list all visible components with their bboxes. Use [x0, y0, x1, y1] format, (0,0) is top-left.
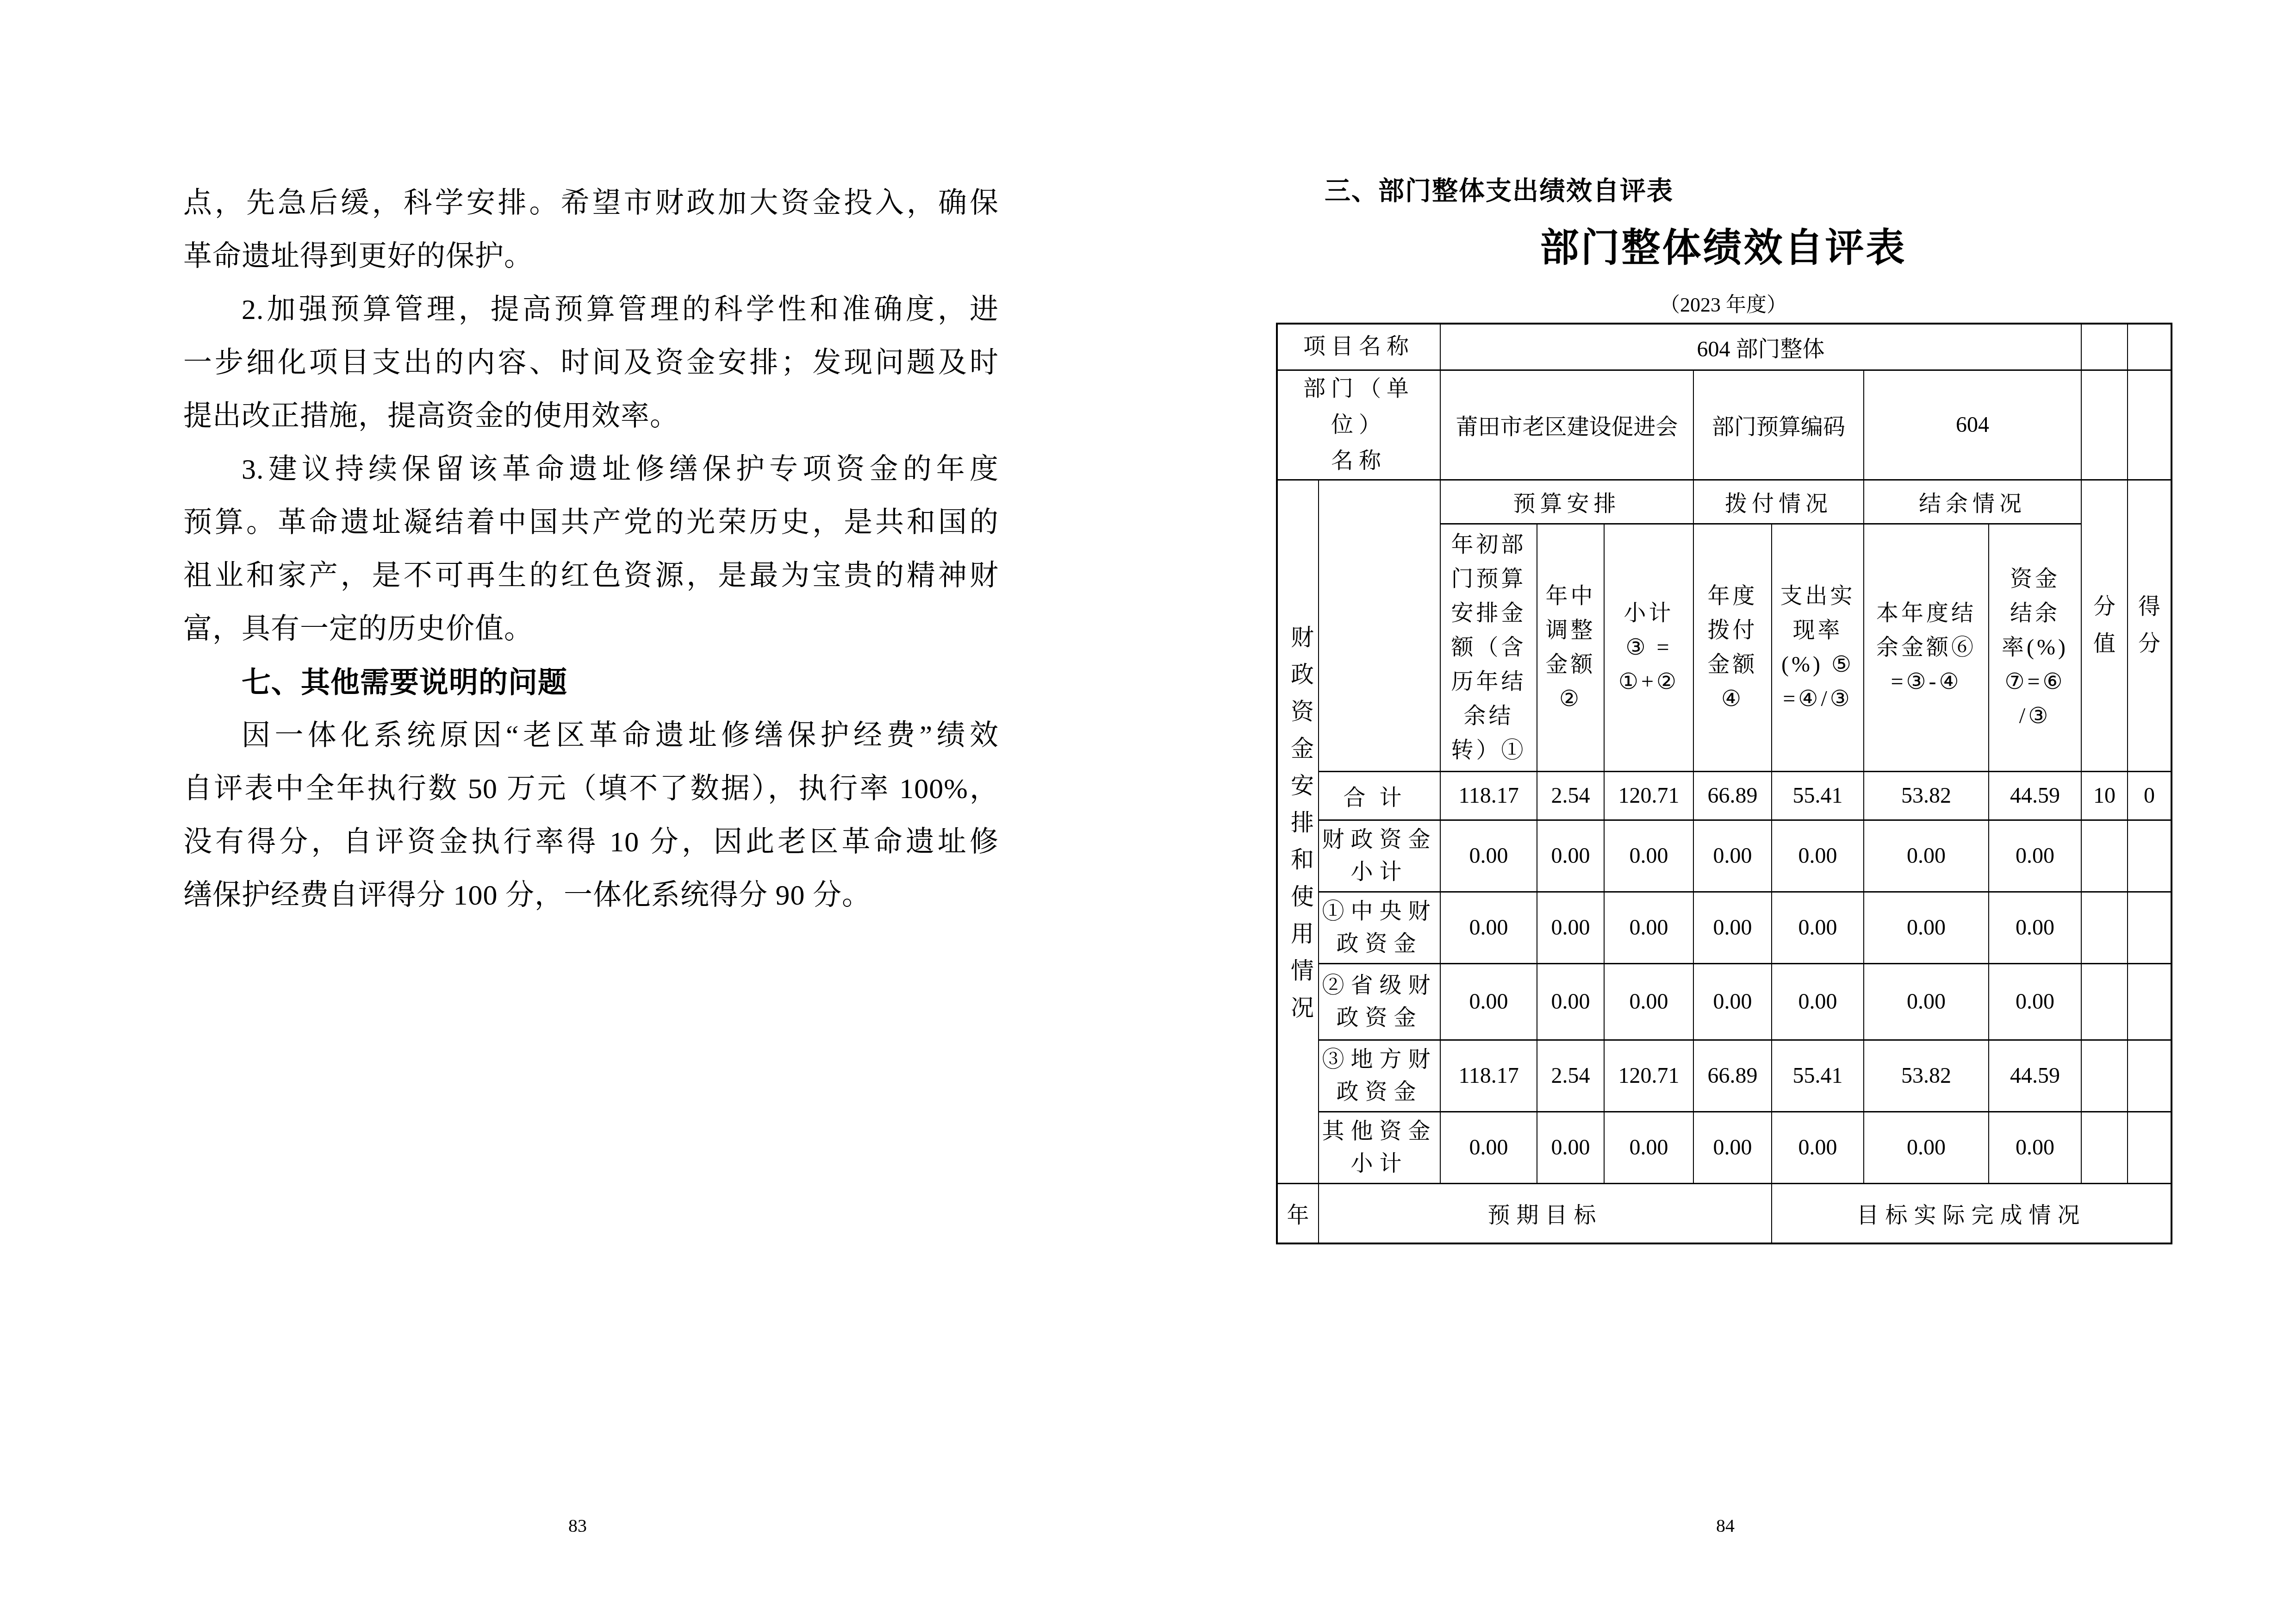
cell-value: 0.00 [1693, 963, 1772, 1040]
column-header-score: 分 值 [2081, 480, 2128, 771]
cell-earned: 0 [2128, 771, 2172, 820]
empty-cell [2081, 324, 2128, 370]
cell-value: 120.71 [1604, 1040, 1693, 1112]
funds-group-label-text: 财政资金安排和使用情况 [1281, 625, 1319, 1032]
text-line: 没有得分，自评资金执行率得 10 分，因此老区革命遗址修 [183, 816, 999, 869]
cell-earned [2128, 1040, 2172, 1112]
cell-value: 0.00 [1537, 963, 1604, 1040]
cell-value: 0.00 [1989, 820, 2081, 892]
cell-score: 10 [2081, 771, 2128, 820]
cell-value: 53.82 [1864, 1040, 1989, 1112]
cell-value: 0.00 [1864, 1112, 1989, 1183]
budget-code-value: 604 [1864, 370, 2081, 480]
column-header-balance-rate: 资金 结余 率(%) ⑦=⑥ /③ [1989, 524, 2081, 771]
column-header-spend-rate: 支出实 现率 (%) ⑤ =④/③ [1772, 524, 1864, 771]
column-header-subtotal: 小计 ③ = ①+② [1604, 524, 1693, 771]
empty-cell [2081, 370, 2128, 480]
text-line: 缮保护经费自评得分 100 分，一体化系统得分 90 分。 [183, 869, 999, 922]
cell-value: 0.00 [1440, 892, 1537, 963]
cell-value: 118.17 [1440, 771, 1537, 820]
cell-value: 0.00 [1537, 892, 1604, 963]
cell-earned [2128, 820, 2172, 892]
footer-actual-completion: 目标实际完成情况 [1772, 1183, 2172, 1243]
page-number-right: 84 [1679, 1515, 1772, 1537]
cell-value: 0.00 [1772, 820, 1864, 892]
subheader-allocation: 拨付情况 [1693, 480, 1864, 524]
text-line: 提出改正措施，提高资金的使用效率。 [183, 390, 999, 443]
document-spread: 点，先急后缓，科学安排。希望市财政加大资金投入，确保 革命遗址得到更好的保护。 … [0, 0, 2296, 1624]
dept-name-label: 部门（单位） 名称 [1277, 370, 1440, 480]
cell-value: 0.00 [1537, 820, 1604, 892]
cell-value: 44.59 [1989, 771, 2081, 820]
table-subtitle: （2023 年度） [1276, 288, 2171, 318]
subheader-balance: 结余情况 [1864, 480, 2081, 524]
cell-value: 66.89 [1693, 1040, 1772, 1112]
cell-value: 0.00 [1440, 820, 1537, 892]
cell-value: 0.00 [1440, 963, 1537, 1040]
cell-value: 0.00 [1864, 820, 1989, 892]
text-line: 革命遗址得到更好的保护。 [183, 230, 999, 283]
budget-code-label: 部门预算编码 [1693, 370, 1864, 480]
cell-value: 0.00 [1772, 892, 1864, 963]
cell-earned [2128, 1112, 2172, 1183]
cell-value: 53.82 [1864, 771, 1989, 820]
empty-cell [1319, 480, 1440, 771]
text-line: 预算。革命遗址凝结着中国共产党的光荣历史，是共和国的 [183, 496, 999, 550]
text-line: 祖业和家产，是不可再生的红色资源，是最为宝贵的精神财 [183, 550, 999, 603]
row-label-other-funds: 其他资金 小计 [1319, 1112, 1440, 1183]
cell-value: 0.00 [1989, 892, 2081, 963]
section-heading-other-issues: 七、其他需要说明的问题 [183, 656, 999, 709]
column-header-year-balance: 本年度结 余金额⑥ =③-④ [1864, 524, 1989, 771]
cell-value: 0.00 [1989, 1112, 2081, 1183]
cell-value: 55.41 [1772, 1040, 1864, 1112]
cell-value: 0.00 [1604, 963, 1693, 1040]
text-line: 因一体化系统原因“老区革命遗址修缮保护经费”绩效 [183, 709, 999, 762]
cell-value: 0.00 [1772, 1112, 1864, 1183]
row-label-central-funds: ①中央财 政资金 [1319, 892, 1440, 963]
dept-name-value: 莆田市老区建设促进会 [1440, 370, 1693, 480]
self-evaluation-table: 项目名称 604 部门整体 部门（单位） 名称 莆田市老区建设促进会 部门预算编… [1276, 323, 2172, 1244]
text-line: 点，先急后缓，科学安排。希望市财政加大资金投入，确保 [183, 177, 999, 230]
cell-value: 0.00 [1693, 1112, 1772, 1183]
cell-value: 118.17 [1440, 1040, 1537, 1112]
cell-value: 0.00 [1772, 963, 1864, 1040]
table-title: 部门整体绩效自评表 [1276, 217, 2171, 273]
project-name-value: 604 部门整体 [1440, 324, 2081, 370]
cell-value: 0.00 [1537, 1112, 1604, 1183]
cell-value: 120.71 [1604, 771, 1693, 820]
cell-value: 0.00 [1604, 1112, 1693, 1183]
footer-year-label: 年 [1277, 1183, 1319, 1243]
page-number-left: 83 [531, 1515, 624, 1537]
cell-value: 0.00 [1440, 1112, 1537, 1183]
cell-earned [2128, 963, 2172, 1040]
column-header-earned: 得 分 [2128, 480, 2172, 771]
row-label-total: 合计 [1319, 771, 1440, 820]
text-line: 自评表中全年执行数 50 万元（填不了数据），执行率 100%， [183, 762, 999, 816]
project-name-label: 项目名称 [1277, 324, 1440, 370]
cell-score [2081, 963, 2128, 1040]
cell-value: 55.41 [1772, 771, 1864, 820]
row-label-local-funds: ③地方财 政资金 [1319, 1040, 1440, 1112]
cell-earned [2128, 892, 2172, 963]
column-header-annual-alloc: 年度 拨付 金额 ④ [1693, 524, 1772, 771]
cell-score [2081, 892, 2128, 963]
cell-value: 44.59 [1989, 1040, 2081, 1112]
row-label-provincial-funds: ②省级财 政资金 [1319, 963, 1440, 1040]
section-heading-self-eval: 三、部门整体支出绩效自评表 [1325, 170, 1674, 207]
cell-value: 0.00 [1989, 963, 2081, 1040]
body-text: 点，先急后缓，科学安排。希望市财政加大资金投入，确保 革命遗址得到更好的保护。 … [183, 177, 999, 922]
empty-cell [2128, 370, 2172, 480]
cell-value: 0.00 [1604, 892, 1693, 963]
row-label-fiscal-subtotal: 财政资金 小计 [1319, 820, 1440, 892]
cell-score [2081, 1112, 2128, 1183]
subheader-budget: 预算安排 [1440, 480, 1693, 524]
cell-value: 0.00 [1693, 892, 1772, 963]
footer-expected-goal: 预期目标 [1319, 1183, 1772, 1243]
cell-score [2081, 820, 2128, 892]
cell-value: 0.00 [1864, 892, 1989, 963]
text-line: 一步细化项目支出的内容、时间及资金安排；发现问题及时 [183, 337, 999, 390]
cell-score [2081, 1040, 2128, 1112]
cell-value: 2.54 [1537, 1040, 1604, 1112]
column-header-initial-budget: 年初部 门预算 安排金 额（含 历年结 余结 转）① [1440, 524, 1537, 771]
cell-value: 66.89 [1693, 771, 1772, 820]
cell-value: 0.00 [1864, 963, 1989, 1040]
cell-value: 0.00 [1604, 820, 1693, 892]
column-header-midyear-adjust: 年中 调整 金额 ② [1537, 524, 1604, 771]
cell-value: 2.54 [1537, 771, 1604, 820]
cell-value: 0.00 [1693, 820, 1772, 892]
empty-cell [2128, 324, 2172, 370]
text-line: 富，具有一定的历史价值。 [183, 603, 999, 656]
funds-group-label: 财政资金安排和使用情况 [1277, 480, 1319, 1183]
text-line: 3.建议持续保留该革命遗址修缮保护专项资金的年度 [183, 443, 999, 496]
text-line: 2.加强预算管理，提高预算管理的科学性和准确度，进 [183, 283, 999, 337]
